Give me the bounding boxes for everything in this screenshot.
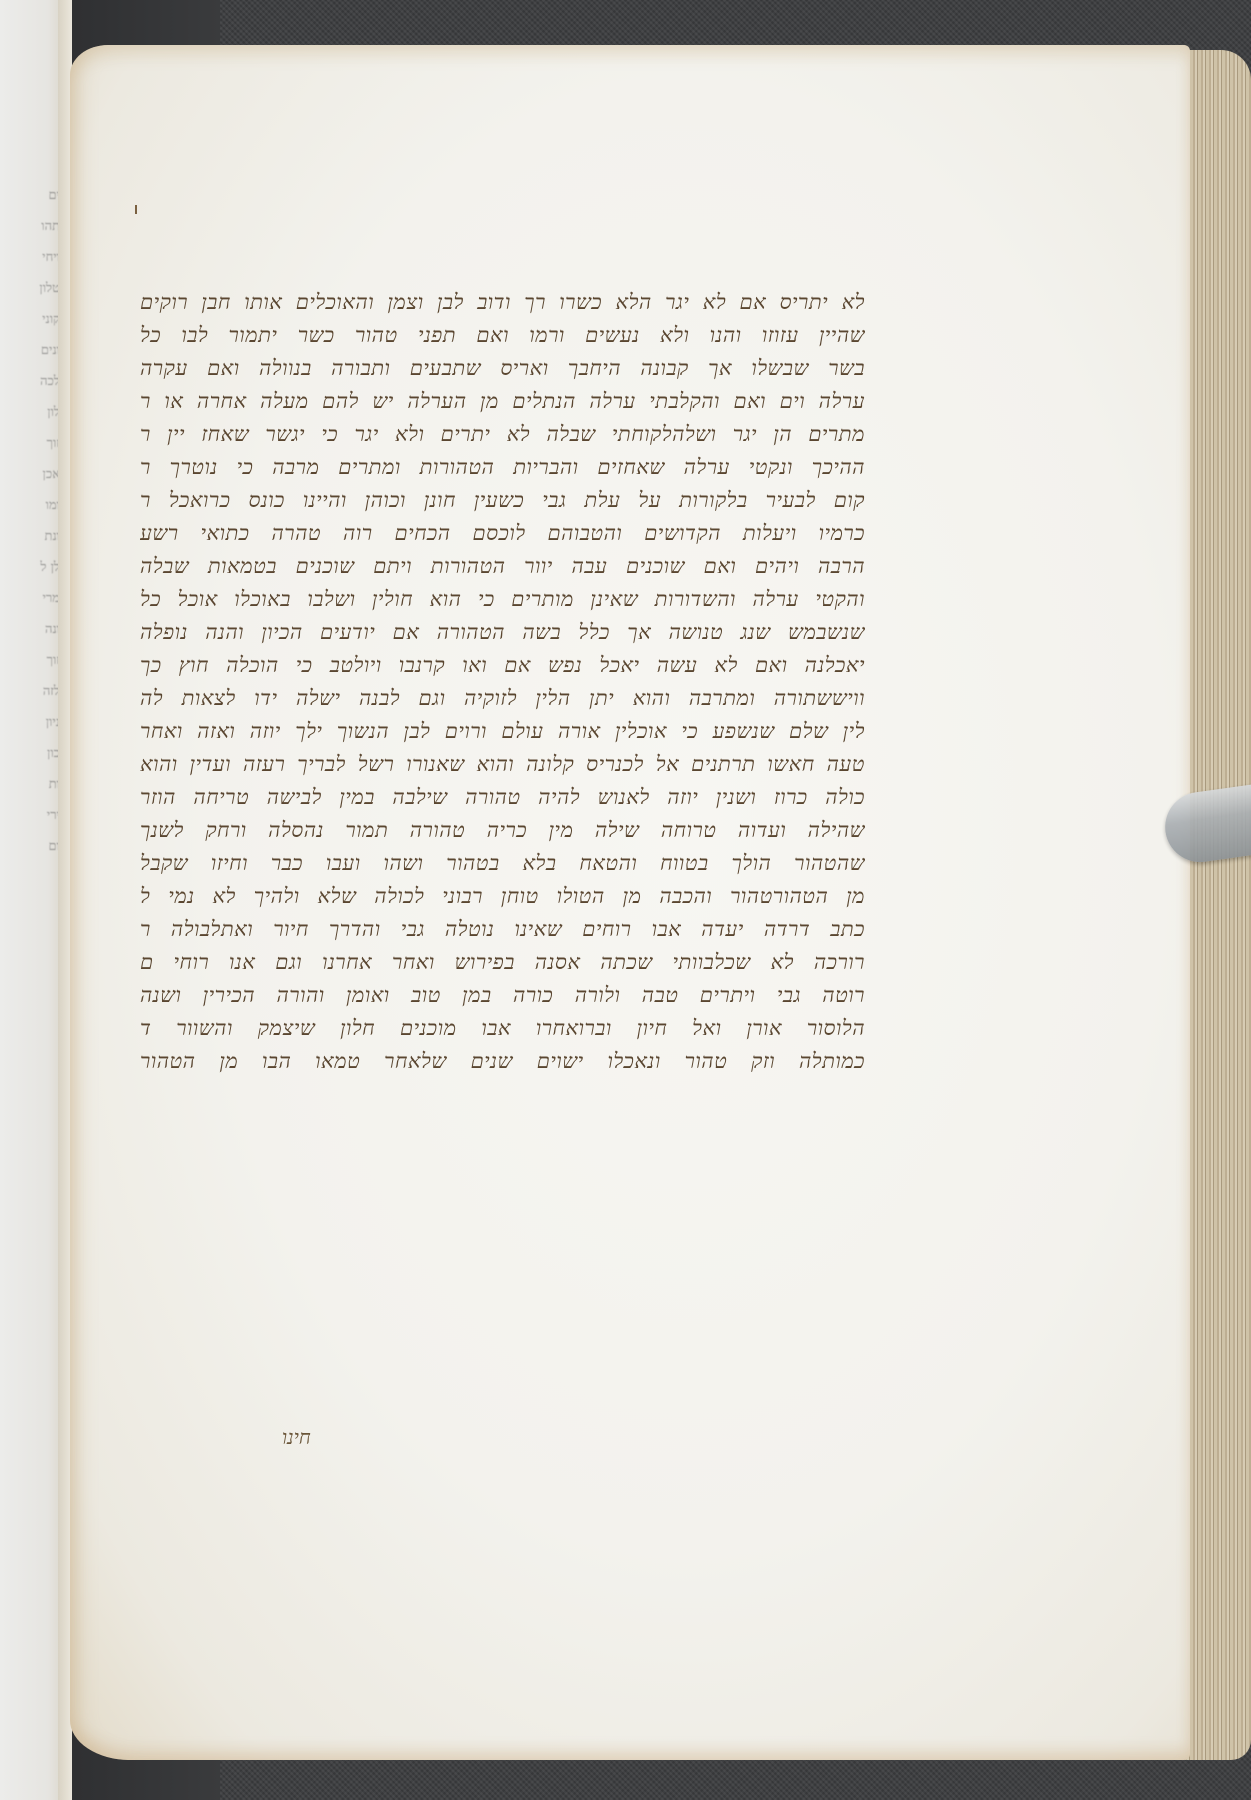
manuscript-line: לין שלם שנשפע כי אוכלין אורה עולם ורוים …: [140, 715, 865, 748]
manuscript-line: שהילה ועדוה טרוחה שילה מין כריה טהורה תמ…: [140, 814, 865, 847]
manuscript-line: שנשבמש שנג טנושה אך כלל בשה הטהורה אם יו…: [140, 616, 865, 649]
manuscript-line: ערלה וים ואם והקלבתי ערלה הנתלים מן הערל…: [140, 385, 865, 418]
page-edges-stack: [1185, 50, 1251, 1760]
facing-page-line: ויחי: [0, 242, 60, 273]
facing-page-line: ניון: [0, 707, 60, 738]
facing-page-line: מרי: [0, 583, 60, 614]
manuscript-line: רוטה גבי ויתרים טבה ולורה כורה במן טוב ו…: [140, 979, 865, 1012]
facing-page-line: ום: [0, 831, 60, 862]
manuscript-line: הלוסור אורן ואל חיון וברואחרו אבו מוכנים…: [140, 1012, 865, 1045]
facing-page-line: ונת: [0, 521, 60, 552]
manuscript-line: רורכה לא שכלבוותי שכתה אסנה בפירוש ואחר …: [140, 946, 865, 979]
manuscript-line: בשר שבשלו אך קבונה היחבך ואריס שתבעים ות…: [140, 352, 865, 385]
facing-page-line: זוך: [0, 428, 60, 459]
facing-page-line: לון: [0, 397, 60, 428]
facing-page-line: לזה: [0, 676, 60, 707]
manuscript-line: קום לבעיר בלקורות על עלת גבי כשעין חונן …: [140, 484, 865, 517]
manuscript-line: לא יתריס אם לא יגר הלא כשרו רך ודוב לבן …: [140, 286, 865, 319]
manuscript-line: מתרים הן יגר ושלהלקוחתי שבלה לא יתרים ול…: [140, 418, 865, 451]
facing-page-line: אכן: [0, 459, 60, 490]
manuscript-line: כמותלה וזק טהור ונאכלו ישוים שנים שלאחר …: [140, 1045, 865, 1078]
facing-page-text: יםתהוויחיטלוןקוניוניםלכהלוןזוךאכןומוונתל…: [0, 180, 60, 862]
facing-page-line: זוך: [0, 645, 60, 676]
manuscript-line: שהטהור הולך בטווח והטאח בלא בטהור ושהו ו…: [140, 847, 865, 880]
facing-page-line: כון: [0, 738, 60, 769]
facing-page-line: ירי: [0, 800, 60, 831]
manuscript-line: וויששתורה ומתרבה והוא יתן הלין לזוקיה וג…: [140, 682, 865, 715]
manuscript-line: ההיכך ונקטי ערלה שאחזים והבריות הטהורות …: [140, 451, 865, 484]
manuscript-line: טעה חאשו תרתנים אל לכנריס קלונה והוא שאנ…: [140, 748, 865, 781]
facing-page-line: טלון: [0, 273, 60, 304]
manuscript-text-block: לא יתריס אם לא יגר הלא כשרו רך ודוב לבן …: [140, 286, 865, 1078]
manuscript-line: והקטי ערלה והשדורות שאינן מותרים כי הוא …: [140, 583, 865, 616]
facing-page-line: תהו: [0, 211, 60, 242]
facing-page-line: ות: [0, 769, 60, 800]
manuscript-line: מן הטהורטהור והכבה מן הטולו טוחן רבוני ל…: [140, 880, 865, 913]
manuscript-line: כתב דרדה יעדה אבו רוחים שאינו נוטלה גבי …: [140, 913, 865, 946]
manuscript-line: כולה כרוז ושנין יוזה לאנוש להיה טהורה שי…: [140, 781, 865, 814]
manuscript-line: יאכלנה ואם לא עשה יאכל נפש אם ואו קרנבו …: [140, 649, 865, 682]
facing-page-line: לן ל: [0, 552, 60, 583]
ink-mark: [135, 205, 137, 214]
manuscript-line: כרמיו ויעלות הקדושים והטבוהם לוכסם הכחים…: [140, 517, 865, 550]
manuscript-line: הרבה ויהים ואם שוכנים עבה יוור הטהורות ו…: [140, 550, 865, 583]
facing-page-line: ים: [0, 180, 60, 211]
catchword: חינו: [282, 1425, 311, 1450]
facing-page-line: לכה: [0, 366, 60, 397]
manuscript-line: שהיין עזוזו והנו ולא נעשים ורמו ואם תפני…: [140, 319, 865, 352]
facing-page-line: ומו: [0, 490, 60, 521]
facing-page-line: ונה: [0, 614, 60, 645]
facing-page-line: קוני: [0, 304, 60, 335]
facing-page-line: ונים: [0, 335, 60, 366]
